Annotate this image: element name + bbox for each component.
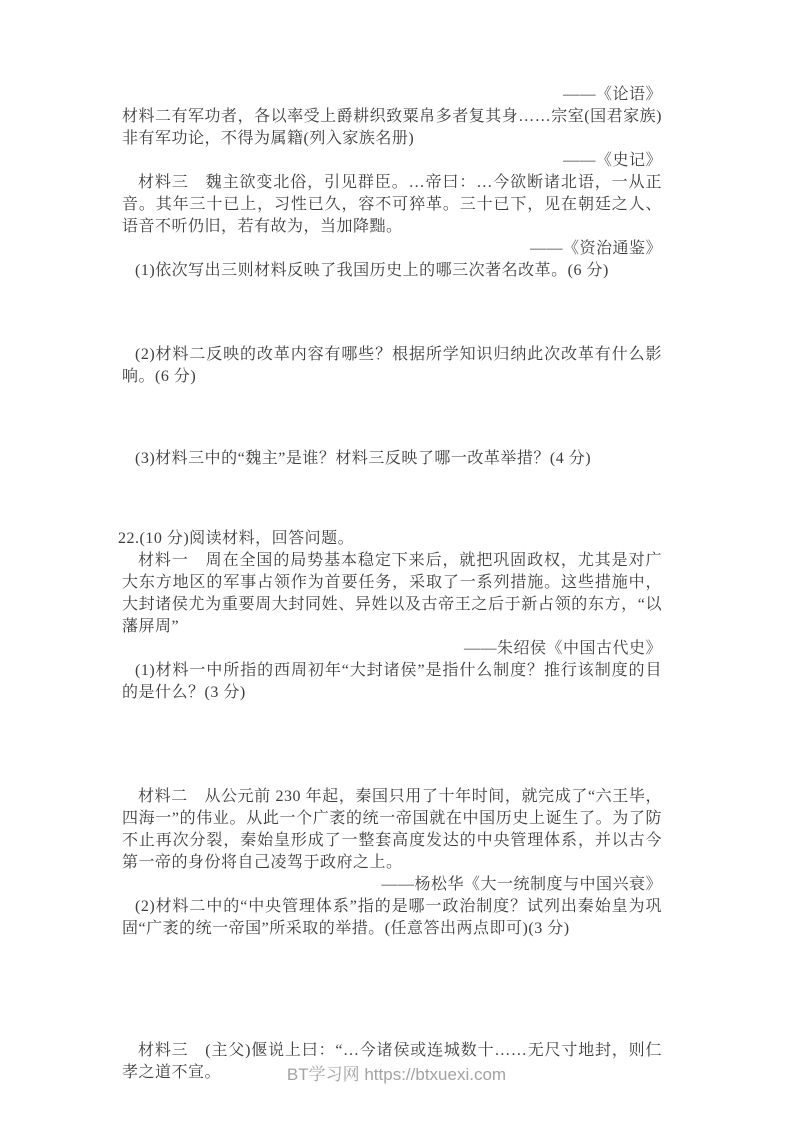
q21-subquestion-3: (3)材料三中的“魏主”是谁？材料三反映了哪一改革举措？(4 分) [122, 448, 662, 470]
q22-source-zhongguogudaishi: ——朱绍侯《中国古代史》 [122, 638, 662, 660]
watermark-footer-text: BT学习网 https://btxuexi.com [287, 1065, 506, 1084]
answer-space [122, 388, 662, 448]
q22-subquestion-2: (2)材料二中的“中央管理体系”指的是哪一政治制度？试列出秦始皇为巩固“广袤的统… [122, 896, 662, 940]
q21-material2-text: 材料二有军功者，各以率受上爵耕织致粟帛多者复其身……宗室(国君家族)非有军功论，… [122, 106, 662, 150]
q22-material2-text: 材料二 从公元前 230 年起，秦国只用了十年时间，就完成了“六王毕，四海一”的… [122, 786, 662, 874]
q21-subquestion-1: (1)依次写出三则材料反映了我国历史上的哪三次著名改革。(6 分) [122, 260, 662, 282]
watermark-footer: BT学习网 https://btxuexi.com [0, 1063, 793, 1087]
q21-source-lunyu: ——《论语》 [122, 84, 662, 106]
answer-space [122, 282, 662, 344]
q21-material3-text: 材料三 魏主欲变北俗，引见群臣。…帝曰：…今欲断诸北语，一从正音。其年三十已上，… [122, 172, 662, 238]
q21-source-zizhitongjian: ——《资治通鉴》 [122, 238, 662, 260]
q21-subquestion-2: (2)材料二反映的改革内容有哪些？根据所学知识归纳此次改革有什么影响。(6 分) [122, 344, 662, 388]
q22-subquestion-1: (1)材料一中所指的西周初年“大封诸侯”是指什么制度？推行该制度的目的是什么？(… [122, 660, 662, 704]
answer-space [122, 940, 662, 1040]
answer-space [122, 470, 662, 528]
q21-source-shiji: ——《史记》 [122, 150, 662, 172]
answer-space [122, 704, 662, 786]
q22-source-dayitong: ——杨松华《大一统制度与中国兴衰》 [122, 874, 662, 896]
q22-material1-text: 材料一 周在全国的局势基本稳定下来后，就把巩固政权，尤其是对广大东方地区的军事占… [122, 550, 662, 638]
q22-heading: 22.(10 分)阅读材料，回答问题。 [118, 528, 662, 550]
exam-content: ——《论语》 材料二有军功者，各以率受上爵耕织致粟帛多者复其身……宗室(国君家族… [122, 84, 662, 1084]
exam-document-page: ——《论语》 材料二有军功者，各以率受上爵耕织致粟帛多者复其身……宗室(国君家族… [0, 0, 793, 1122]
